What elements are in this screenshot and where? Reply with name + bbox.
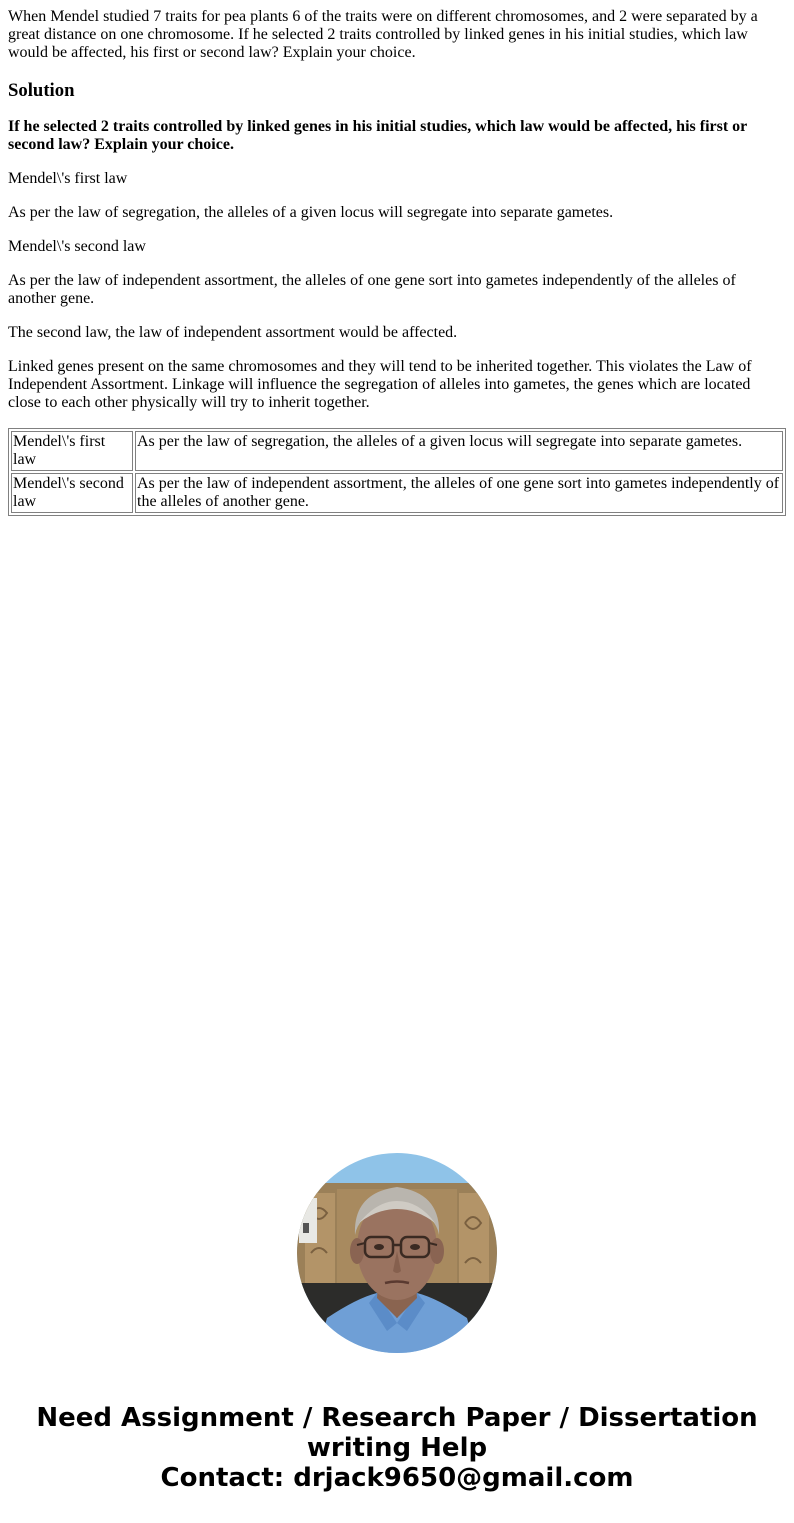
second-law-description: As per the law of independent assortment… <box>8 272 786 308</box>
document-body: When Mendel studied 7 traits for pea pla… <box>0 0 794 516</box>
tutor-avatar <box>297 1153 497 1353</box>
table-row: Mendel\'s second law As per the law of i… <box>11 473 783 513</box>
portrait-image <box>297 1153 497 1353</box>
answer-explanation: Linked genes present on the same chromos… <box>8 358 786 412</box>
table-row: Mendel\'s first law As per the law of se… <box>11 431 783 471</box>
second-law-label: Mendel\'s second law <box>8 238 786 256</box>
table-cell-description: As per the law of segregation, the allel… <box>135 431 783 471</box>
promo-line-1: Need Assignment / Research Paper / Disse… <box>0 1403 794 1433</box>
promo-banner: Need Assignment / Research Paper / Disse… <box>0 1403 794 1493</box>
restated-question: If he selected 2 traits controlled by li… <box>8 118 786 154</box>
table-cell-law: Mendel\'s first law <box>11 431 133 471</box>
promo-line-2: writing Help <box>0 1433 794 1463</box>
first-law-label: Mendel\'s first law <box>8 170 786 188</box>
table-cell-description: As per the law of independent assortment… <box>135 473 783 513</box>
solution-heading: Solution <box>8 80 786 102</box>
laws-table: Mendel\'s first law As per the law of se… <box>8 428 786 516</box>
promo-contact: Contact: drjack9650@gmail.com <box>0 1463 794 1493</box>
answer-statement: The second law, the law of independent a… <box>8 324 786 342</box>
question-text: When Mendel studied 7 traits for pea pla… <box>8 8 786 62</box>
table-cell-law: Mendel\'s second law <box>11 473 133 513</box>
first-law-description: As per the law of segregation, the allel… <box>8 204 786 222</box>
